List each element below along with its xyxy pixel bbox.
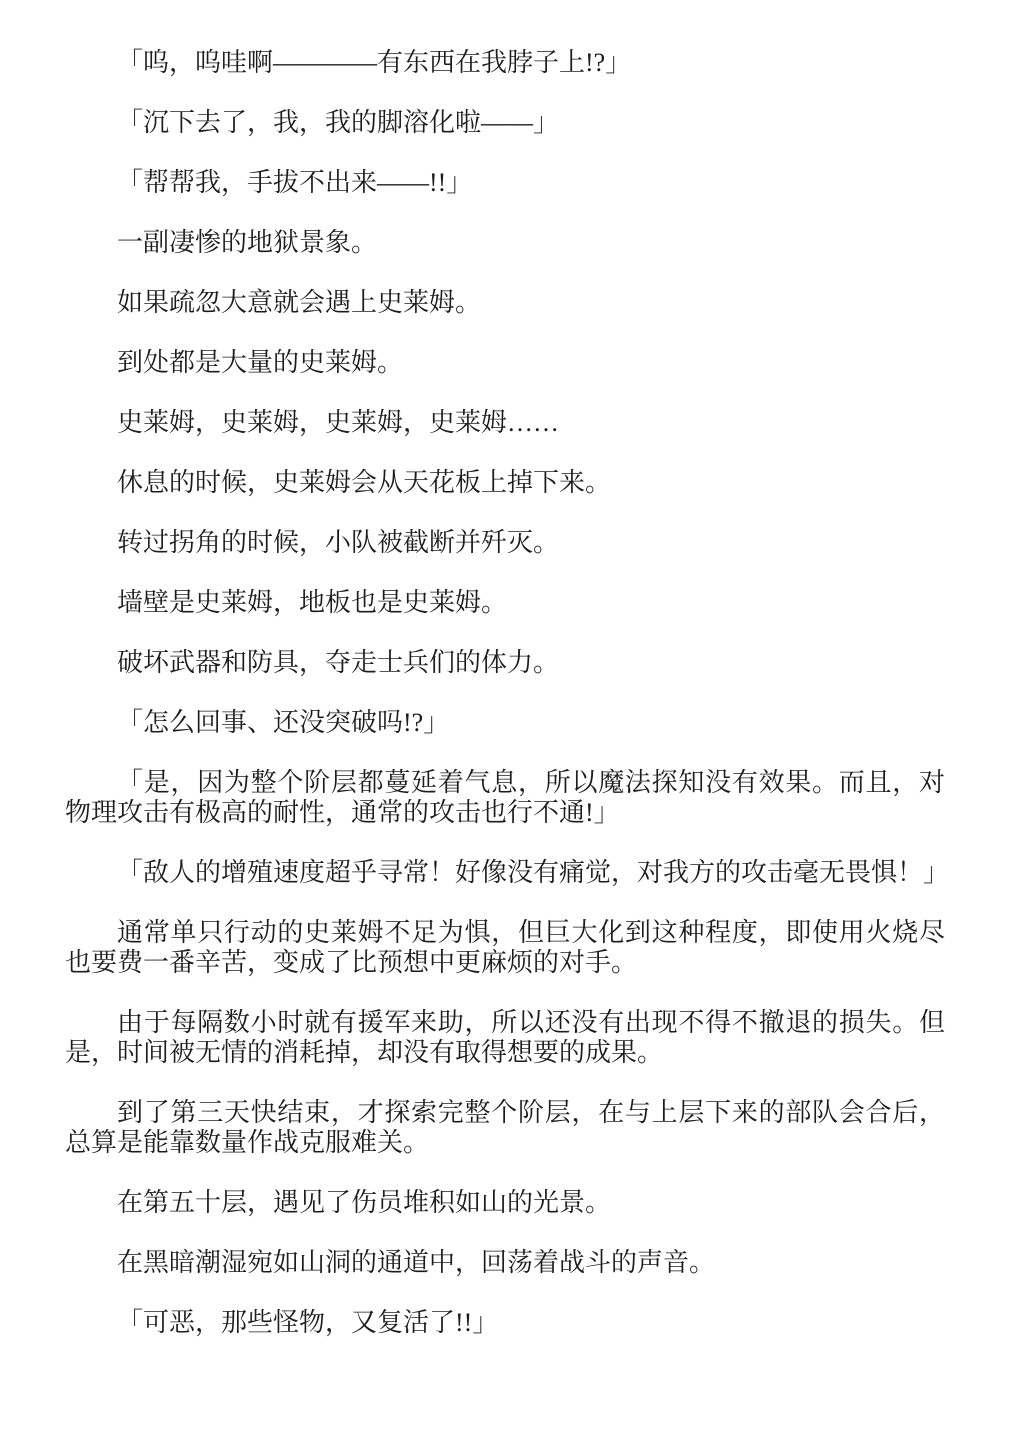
paragraph-narration-15: 通常单只行动的史莱姆不足为惧，但巨大化到这种程度，即使用火烧尽也要费一番辛苦，变… [65,918,945,978]
paragraph-narration-10: 墙壁是史莱姆，地板也是史莱姆。 [65,588,945,618]
paragraph-dialogue-1: 「呜，呜哇啊————有东西在我脖子上!?」 [65,48,945,78]
paragraph-narration-5: 如果疏忽大意就会遇上史莱姆。 [65,288,945,318]
paragraph-dialogue-14: 「敌人的增殖速度超乎寻常！好像没有痛觉，对我方的攻击毫无畏惧！」 [65,858,945,888]
paragraph-dialogue-2: 「沉下去了，我，我的脚溶化啦——」 [65,108,945,138]
paragraph-narration-8: 休息的时候，史莱姆会从天花板上掉下来。 [65,468,945,498]
paragraph-dialogue-3: 「帮帮我，手拔不出来——!!」 [65,168,945,198]
paragraph-narration-18: 在第五十层，遇见了伤员堆积如山的光景。 [65,1188,945,1218]
paragraph-dialogue-13: 「是，因为整个阶层都蔓延着气息，所以魔法探知没有效果。而且，对物理攻击有极高的耐… [65,768,945,828]
paragraph-narration-9: 转过拐角的时候，小队被截断并歼灭。 [65,528,945,558]
paragraph-dialogue-20: 「可恶，那些怪物，又复活了!!」 [65,1308,945,1338]
paragraph-narration-19: 在黑暗潮湿宛如山洞的通道中，回荡着战斗的声音。 [65,1248,945,1278]
paragraph-narration-16: 由于每隔数小时就有援军来助，所以还没有出现不得不撤退的损失。但是，时间被无情的消… [65,1008,945,1068]
paragraph-narration-6: 到处都是大量的史莱姆。 [65,348,945,378]
paragraph-narration-11: 破坏武器和防具，夺走士兵们的体力。 [65,648,945,678]
paragraph-narration-17: 到了第三天快结束，才探索完整个阶层，在与上层下来的部队会合后，总算是能靠数量作战… [65,1098,945,1158]
paragraph-narration-7: 史莱姆，史莱姆，史莱姆，史莱姆…… [65,408,945,438]
paragraph-dialogue-12: 「怎么回事、还没突破吗!?」 [65,708,945,738]
paragraph-narration-4: 一副凄惨的地狱景象。 [65,228,945,258]
document-page: 「呜，呜哇啊————有东西在我脖子上!?」 「沉下去了，我，我的脚溶化啦——」 … [65,48,945,1368]
